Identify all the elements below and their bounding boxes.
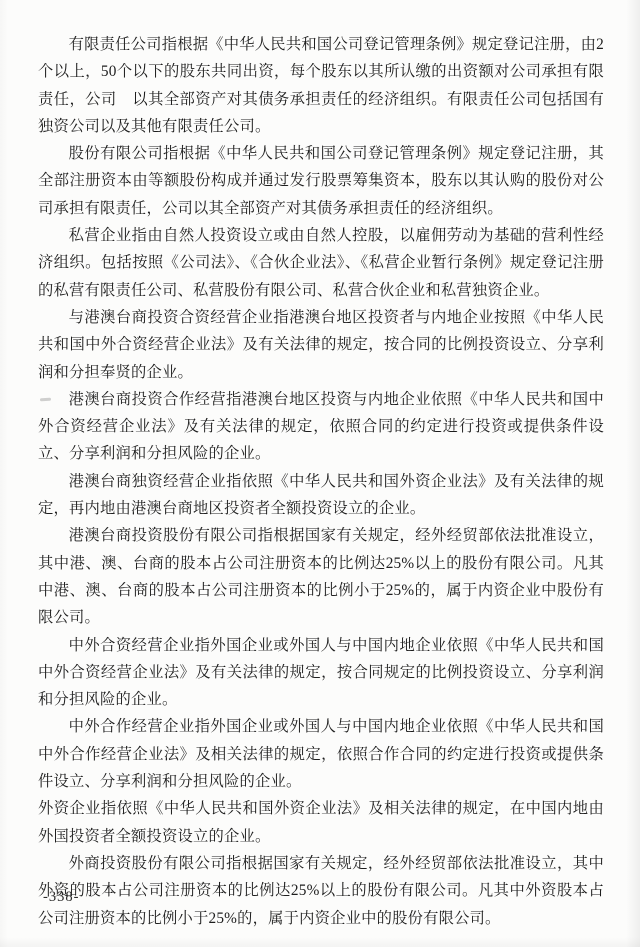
paragraph-foreign-investment-joint-stock: 外商投资股份有限公司指根据国家有关规定，经外经贸部依法批准设立，其中外资的股本占…: [38, 850, 604, 932]
paragraph-sino-foreign-equity-joint-venture: 中外合资经营企业指外国企业或外国人与中国内地企业依照《中华人民共和国中外合资经营…: [38, 632, 604, 714]
paragraph-foreign-enterprise: 外资企业指依照《中华人民共和国外资企业法》及相关法律的规定，在中国内地由外国投资…: [38, 795, 604, 850]
paragraph-private-enterprise: 私营企业指由自然人投资设立或由自然人控股，以雇佣劳动为基础的营利性经济组织。包括…: [38, 222, 604, 304]
paragraph-joint-stock-company: 股份有限公司指根据《中华人民共和国公司登记管理条例》规定登记注册，其全部注册资本…: [38, 140, 604, 222]
paragraph-hmt-cooperative-venture: 港澳台商投资合作经营指港澳台地区投资与内地企业依照《中华人民共和国中外合资经营企…: [38, 386, 604, 468]
paragraph-hmt-investment-joint-stock: 港澳台商投资股份有限公司指根据国家有关规定，经外经贸部依法批准设立，其中港、澳、…: [38, 522, 604, 631]
document-body: 有限责任公司指根据《中华人民共和国公司登记管理条例》规定登记注册，由2个以上，5…: [38, 31, 604, 932]
document-page: 有限责任公司指根据《中华人民共和国公司登记管理条例》规定登记注册，由2个以上，5…: [0, 0, 640, 947]
page-number: -338-: [43, 889, 79, 906]
paragraph-limited-liability-company: 有限责任公司指根据《中华人民共和国公司登记管理条例》规定登记注册，由2个以上，5…: [38, 31, 604, 140]
paragraph-sino-foreign-cooperative-venture: 中外合作经营企业指外国企业或外国人与中国内地企业依照《中华人民共和国中外合作经营…: [38, 713, 604, 795]
paragraph-hmt-wholly-owned-enterprise: 港澳台商独资经营企业指依照《中华人民共和国外资企业法》及有关法律的规定，再内地由…: [38, 468, 604, 523]
paragraph-hmt-equity-joint-venture: 与港澳台商投资合资经营企业指港澳台地区投资者与内地企业按照《中华人民共和国中外合…: [38, 304, 604, 386]
